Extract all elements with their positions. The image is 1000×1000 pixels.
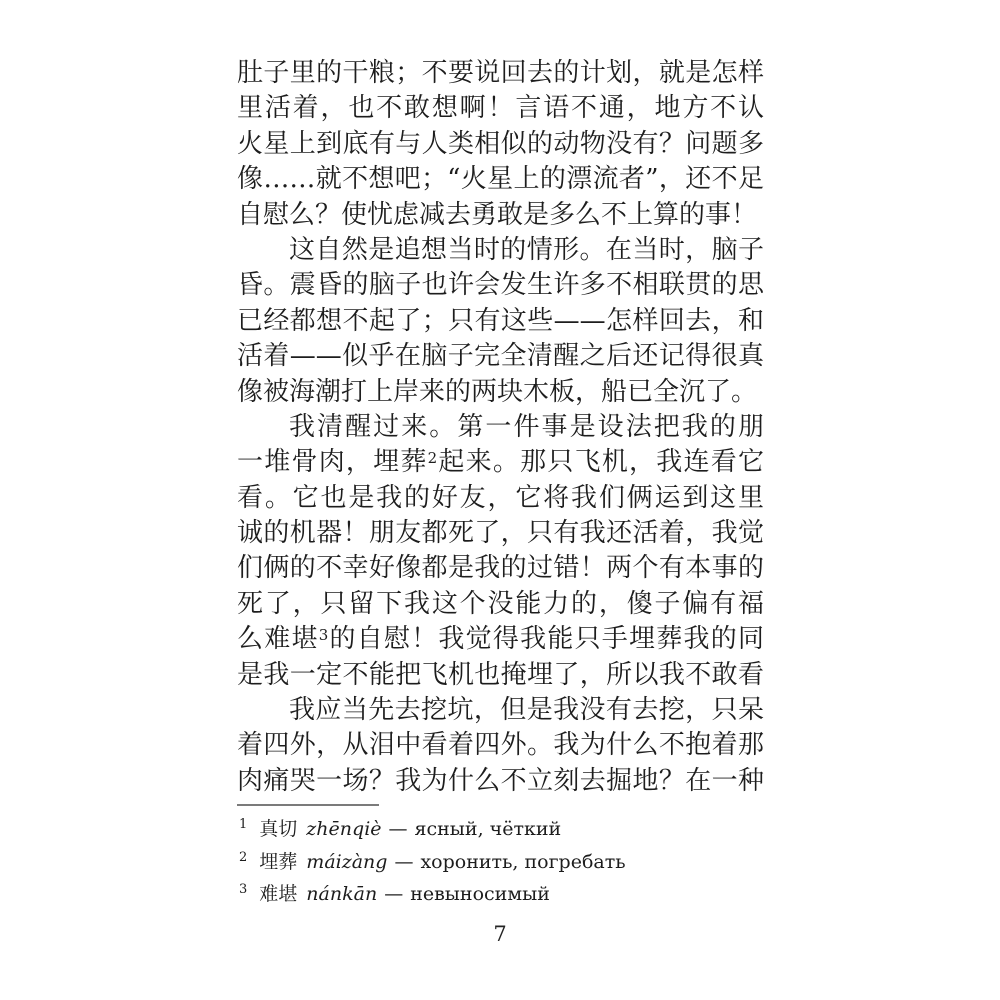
text-segment: 诚的机器！朋友都死了，只有我还活着，我觉得他 <box>237 518 764 551</box>
footnote-translation: ясный, чёткий <box>415 818 562 840</box>
body-text: 肚子里的干粮；不要说回去的计划，就是怎样在这里活着，也不敢想啊！言语不通，地方不… <box>237 56 764 799</box>
footnote-dash: — <box>384 883 403 905</box>
text-line: 火星上到底有与人类相似的动物没有？问题多得 <box>237 127 764 162</box>
book-page: 肚子里的干粮；不要说回去的计划，就是怎样在这里活着，也不敢想啊！言语不通，地方不… <box>0 0 1000 1000</box>
text-line: 已经都想不起了；只有这些——怎样回去，和怎样 <box>237 304 764 339</box>
text-segment: 肉痛哭一场？我为什么不立刻去掘地？在一种如梦 <box>237 766 764 799</box>
text-line: 我清醒过来。第一件事是设法把我的朋友，那 <box>237 410 764 445</box>
text-segment: 死了，只留下我这个没能力的，傻子偏有福气，多 <box>237 589 764 622</box>
footnote-dash: — <box>394 851 413 873</box>
text-segment: 着四外，从泪中看着四外。我为什么不抱着那团骨 <box>237 730 764 763</box>
footnote-item: 3难堪nánkān—невыносимый <box>237 878 764 911</box>
footnote-term: 真切 <box>259 818 297 840</box>
text-line: 像被海潮打上岸来的两块木板，船已全沉了。 <box>237 375 764 410</box>
text-segment: 活着——似乎在脑子完全清醒之后还记得很真切 <box>237 341 764 374</box>
text-line: 死了，只留下我这个没能力的，傻子偏有福气，多 <box>237 587 764 622</box>
text-segment: 昏。震昏的脑子也许会发生许多不相联贯的思念， <box>237 270 764 303</box>
text-segment: 像……就不想吧；“火星上的漂流者”，还不足以 <box>237 164 764 197</box>
text-line: 活着——似乎在脑子完全清醒之后还记得很真切1， <box>237 339 764 374</box>
text-segment: 火星上到底有与人类相似的动物没有？问题多得 <box>237 129 764 162</box>
text-line: 这自然是追想当时的情形。在当时，脑子已震 <box>237 233 764 268</box>
text-segment: 自慰么？使忧虑减去勇敢是多么不上算的事！ <box>237 200 757 230</box>
footnote-ref: 2 <box>428 449 438 467</box>
text-segment: 肚子里的干粮；不要说回去的计划，就是怎样在这 <box>237 58 764 91</box>
footnote-term: 埋葬 <box>259 851 297 873</box>
text-segment: 里活着，也不敢想啊！言语不通，地方不认识， <box>237 93 764 126</box>
text-line: 们俩的不幸好像都是我的过错！两个有本事的倒都 <box>237 551 764 586</box>
footnote-list: 1真切zhēnqiè—ясный, чёткий2埋葬máizàng—хорон… <box>237 813 764 911</box>
footnote-translation: невыносимый <box>410 883 550 905</box>
text-line: 自慰么？使忧虑减去勇敢是多么不上算的事！ <box>237 198 764 233</box>
text-segment: 是我一定不能把飞机也掩埋了，所以我不敢看它。 <box>237 660 764 693</box>
text-segment: 我清醒过来。第一件事是设法把我的朋友，那 <box>237 412 764 445</box>
text-line: 是我一定不能把飞机也掩埋了，所以我不敢看它。 <box>237 658 764 693</box>
footnote-item: 1真切zhēnqiè—ясный, чёткий <box>237 813 764 846</box>
text-segment: 么难堪 <box>237 624 319 654</box>
text-line: 昏。震昏的脑子也许会发生许多不相联贯的思念， <box>237 268 764 303</box>
text-segment: 看。它也是我的好友，它将我们俩运到这里来，忠 <box>237 483 764 516</box>
text-segment: 们俩的不幸好像都是我的过错！两个有本事的倒都 <box>237 553 764 586</box>
footnote-ref: 3 <box>319 626 329 644</box>
footnote-term: 难堪 <box>259 883 297 905</box>
footnote-pinyin: máizàng <box>306 851 387 873</box>
footnotes-section: 1真切zhēnqiè—ясный, чёткий2埋葬máizàng—хорон… <box>237 804 764 911</box>
text-segment: 像被海潮打上岸来的两块木板，船已全沉了。 <box>237 377 757 407</box>
footnote-dash: — <box>389 818 408 840</box>
page-number: 7 <box>0 922 1000 946</box>
footnote-divider <box>237 804 379 806</box>
text-line: 像……就不想吧；“火星上的漂流者”，还不足以 <box>237 162 764 197</box>
text-line: 肉痛哭一场？我为什么不立刻去掘地？在一种如梦 <box>237 764 764 799</box>
text-segment: 已经都想不起了；只有这些——怎样回去，和怎样 <box>237 306 764 339</box>
text-line: 看。它也是我的好友，它将我们俩运到这里来，忠 <box>237 481 764 516</box>
text-segment: 一堆骨肉，埋葬 <box>237 447 428 477</box>
footnote-translation: хоронить, погребать <box>420 851 625 873</box>
footnote-pinyin: nánkān <box>306 883 377 905</box>
text-line: 么难堪3的自慰！我觉得我能只手埋葬我的同学，但 <box>237 622 764 657</box>
text-segment: 这自然是追想当时的情形。在当时，脑子已震 <box>237 235 764 268</box>
text-line: 我应当先去挖坑，但是我没有去挖，只呆呆的看 <box>237 693 764 728</box>
text-line: 诚的机器！朋友都死了，只有我还活着，我觉得他 <box>237 516 764 551</box>
text-line: 一堆骨肉，埋葬2起来。那只飞机，我连看它也不敢 <box>237 445 764 480</box>
footnote-item: 2埋葬máizàng—хоронить, погребать <box>237 846 764 879</box>
text-line: 肚子里的干粮；不要说回去的计划，就是怎样在这 <box>237 56 764 91</box>
text-segment: 我应当先去挖坑，但是我没有去挖，只呆呆的看 <box>237 695 764 728</box>
footnote-pinyin: zhēnqiè <box>306 818 381 840</box>
text-line: 里活着，也不敢想啊！言语不通，地方不认识， <box>237 91 764 126</box>
text-line: 着四外，从泪中看着四外。我为什么不抱着那团骨 <box>237 728 764 763</box>
